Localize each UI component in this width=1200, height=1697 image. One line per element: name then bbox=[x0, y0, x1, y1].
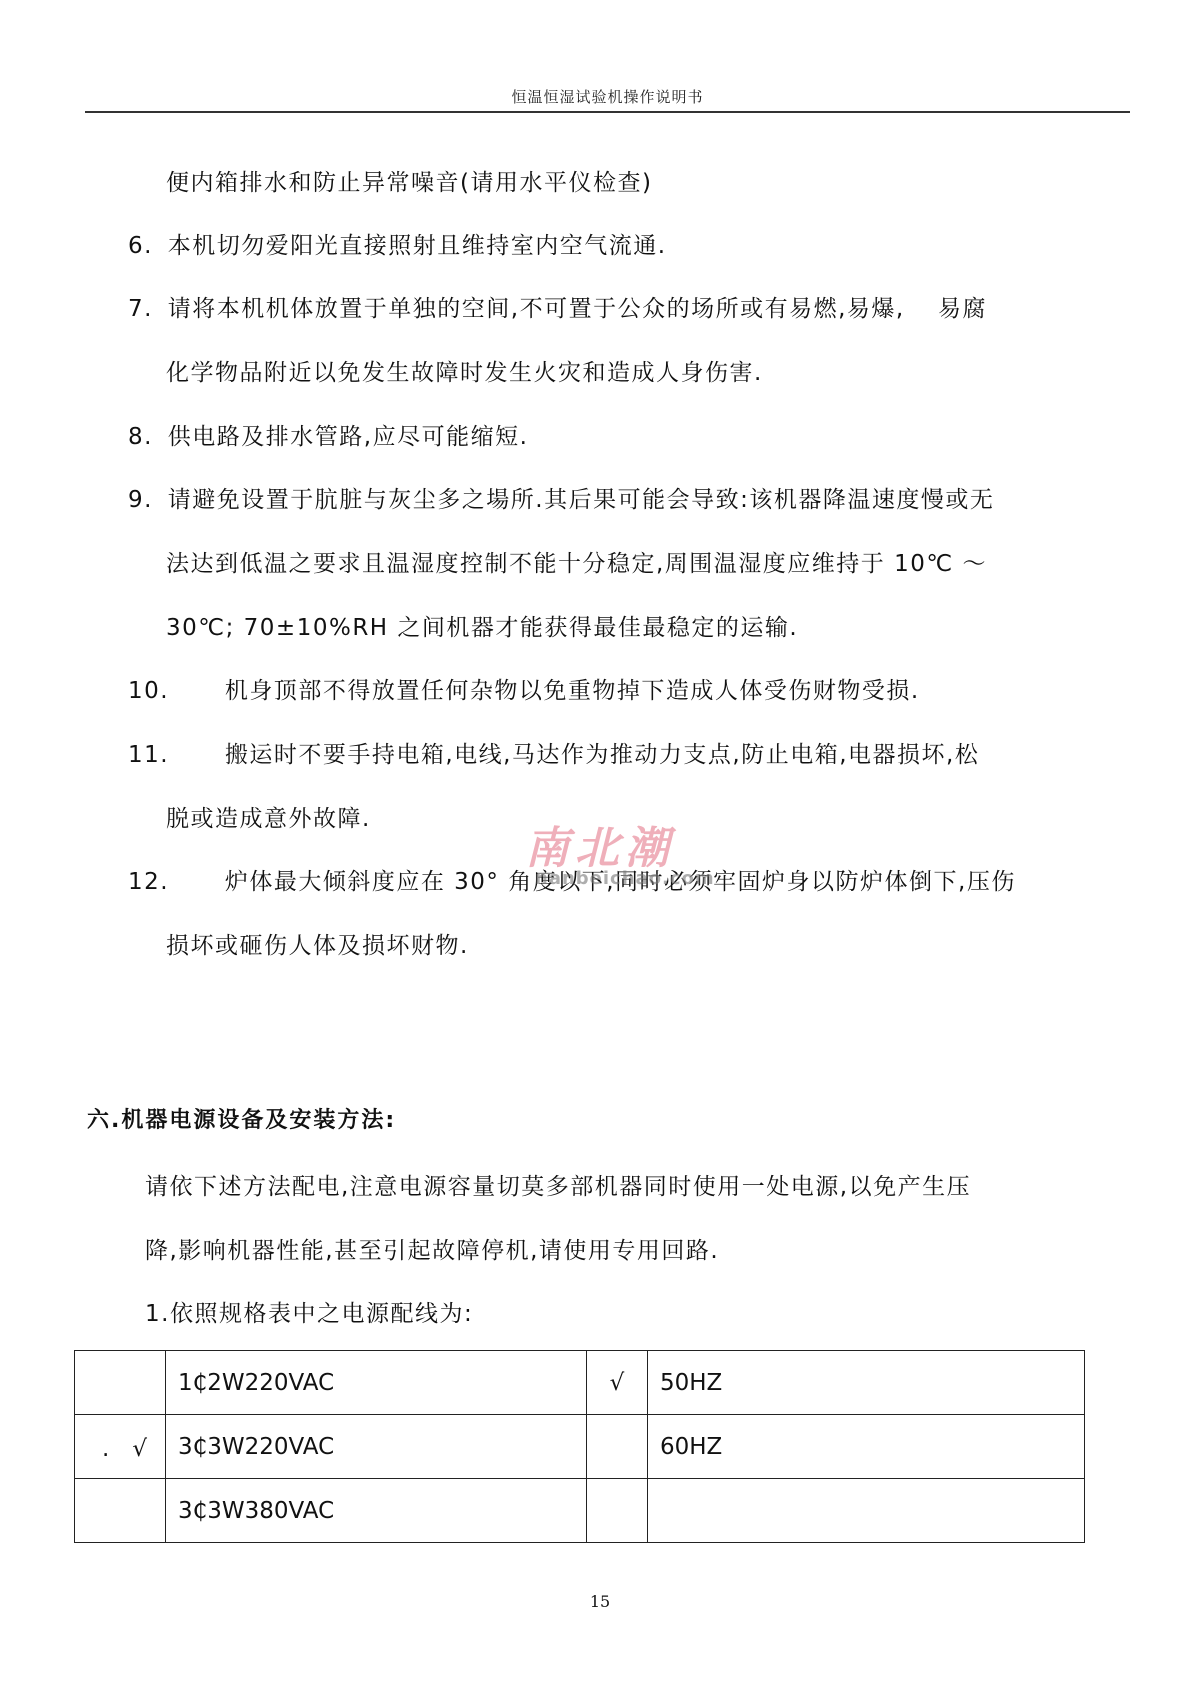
frequency-check-cell: √ bbox=[587, 1351, 648, 1415]
frequency-cell: 50HZ bbox=[648, 1351, 1085, 1415]
list-item-11: 11. 搬运时不要手持电箱,电线,马达作为推动力支点,防止电箱,电器损坏,松 bbox=[128, 736, 979, 769]
list-item-8: 8. 供电路及排水管路,应尽可能缩短. bbox=[128, 418, 528, 451]
list-text: 本机切勿爱阳光直接照射且维持室内空气流通. bbox=[168, 233, 667, 259]
frequency-cell: 60HZ bbox=[648, 1415, 1085, 1479]
list-item-9-cont-2: 30℃; 70±10%RH 之间机器才能获得最佳最稳定的运输. bbox=[166, 609, 798, 642]
power-check-cell bbox=[75, 1479, 166, 1543]
list-item-7-cont: 化学物品附近以免发生故障时发生火灾和造成人身伤害. bbox=[166, 354, 763, 387]
list-item-7: 7. 请将本机机体放置于单独的空间,不可置于公众的场所或有易燃,易爆, 易腐 bbox=[128, 290, 987, 323]
list-item-11-cont: 脱或造成意外故障. bbox=[166, 800, 371, 833]
power-spec-table: 1₵2W220VAC √ 50HZ . √ 3₵3W220VAC 60HZ 3₵… bbox=[74, 1350, 1085, 1543]
power-check-cell bbox=[75, 1351, 166, 1415]
section-title: 六.机器电源设备及安装方法: bbox=[87, 1103, 396, 1134]
frequency-check-cell bbox=[587, 1479, 648, 1543]
page-number: 15 bbox=[590, 1592, 610, 1611]
list-item-9: 9. 请避免设置于肮脏与灰尘多之場所.其后果可能会导致:该机器降温速度慢或无 bbox=[128, 481, 994, 514]
power-spec-cell: 3₵3W380VAC bbox=[166, 1479, 587, 1543]
power-check-cell: . √ bbox=[75, 1415, 166, 1479]
frequency-cell bbox=[648, 1479, 1085, 1543]
list-text: 搬运时不要手持电箱,电线,马达作为推动力支点,防止电箱,电器损坏,松 bbox=[225, 742, 980, 768]
table-row: . √ 3₵3W220VAC 60HZ bbox=[75, 1415, 1085, 1479]
list-number: 8. bbox=[128, 424, 153, 450]
header-divider bbox=[85, 111, 1130, 113]
power-spec-cell: 3₵3W220VAC bbox=[166, 1415, 587, 1479]
section-step-1: 1.依照规格表中之电源配线为: bbox=[145, 1295, 473, 1328]
list-number: 7. bbox=[128, 296, 153, 322]
list-item-9-cont-1: 法达到低温之要求且温湿度控制不能十分稳定,周围温湿度应维持于 10℃ ～ bbox=[166, 545, 987, 578]
table-row: 1₵2W220VAC √ 50HZ bbox=[75, 1351, 1085, 1415]
list-item-continuation: 便内箱排水和防止异常噪音(请用水平仪检查) bbox=[166, 164, 652, 197]
list-text: 请避免设置于肮脏与灰尘多之場所.其后果可能会导致:该机器降温速度慢或无 bbox=[168, 487, 995, 513]
document-header-title: 恒温恒湿试验机操作说明书 bbox=[85, 86, 1130, 107]
list-item-10: 10. 机身顶部不得放置任何杂物以免重物掉下造成人体受伤财物受损. bbox=[128, 672, 920, 705]
list-item-12-cont: 损坏或砸伤人体及损坏财物. bbox=[166, 927, 469, 960]
list-item-6: 6. 本机切勿爱阳光直接照射且维持室内空气流通. bbox=[128, 227, 667, 260]
list-number: 9. bbox=[128, 487, 153, 513]
power-spec-cell: 1₵2W220VAC bbox=[166, 1351, 587, 1415]
section-intro-line-2: 降,影响机器性能,甚至引起故障停机,请使用专用回路. bbox=[145, 1232, 719, 1265]
watermark-url: nanbeichao.com bbox=[535, 868, 715, 889]
list-text: 请将本机机体放置于单独的空间,不可置于公众的场所或有易燃,易爆, 易腐 bbox=[168, 296, 987, 322]
frequency-check-cell bbox=[587, 1415, 648, 1479]
watermark-logo: 南北潮 bbox=[525, 812, 675, 876]
list-number: 10. bbox=[128, 678, 216, 704]
list-number: 11. bbox=[128, 742, 216, 768]
list-number: 12. bbox=[128, 869, 216, 895]
list-number: 6. bbox=[128, 233, 153, 259]
list-text: 供电路及排水管路,应尽可能缩短. bbox=[168, 424, 529, 450]
table-row: 3₵3W380VAC bbox=[75, 1479, 1085, 1543]
section-intro-line-1: 请依下述方法配电,注意电源容量切莫多部机器同时使用一处电源,以免产生压 bbox=[145, 1168, 971, 1201]
list-text: 机身顶部不得放置任何杂物以免重物掉下造成人体受伤财物受损. bbox=[225, 678, 920, 704]
